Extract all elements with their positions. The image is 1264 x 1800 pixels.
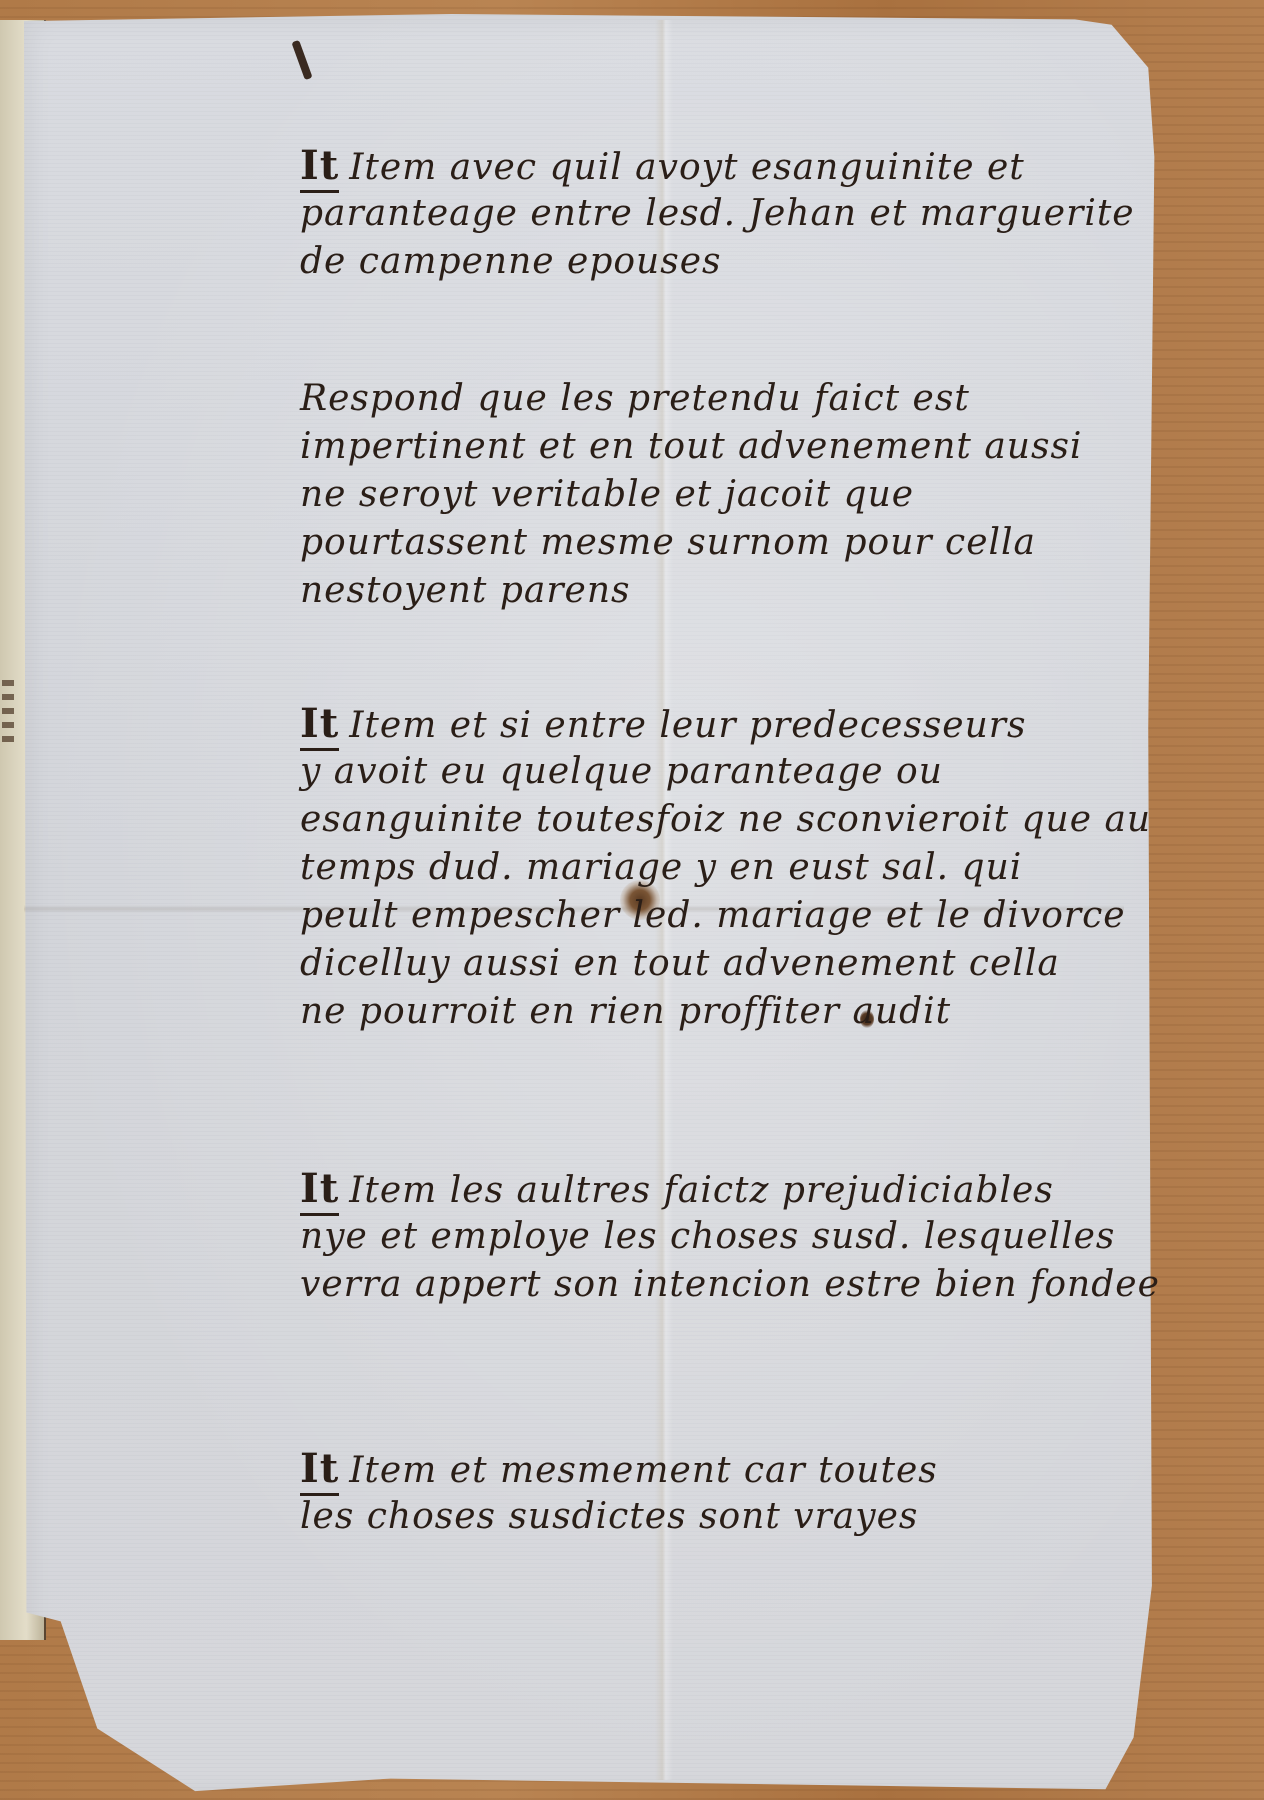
manuscript-line: paranteage entre lesd. Jehan et margueri… bbox=[300, 190, 1220, 238]
item-marker: It bbox=[300, 700, 339, 751]
paragraph-respond: Respond que les pretendu faict est imper… bbox=[300, 375, 1220, 615]
manuscript-line: dicelluy aussi en tout advenement cella bbox=[300, 940, 1220, 988]
manuscript-line: les choses susdictes sont vrayes bbox=[300, 1493, 1220, 1541]
item-marker: It bbox=[300, 1445, 339, 1496]
manuscript-line: de campenne epouses bbox=[300, 238, 1220, 286]
manuscript-line: temps dud. mariage y en eust sal. qui bbox=[300, 844, 1220, 892]
item-marker: It bbox=[300, 142, 339, 193]
manuscript-line: nye et employe les choses susd. lesquell… bbox=[300, 1213, 1220, 1261]
manuscript-line: ItItem et si entre leur predecesseurs bbox=[300, 700, 1220, 748]
manuscript-line: ItItem avec quil avoyt esanguinite et bbox=[300, 142, 1220, 190]
underlying-page-ink-marks bbox=[2, 680, 14, 750]
manuscript-line: peult empescher led. mariage et le divor… bbox=[300, 892, 1220, 940]
manuscript-line: pourtassent mesme surnom pour cella bbox=[300, 519, 1220, 567]
paragraph-item-3: ItItem les aultres faictz prejudiciables… bbox=[300, 1165, 1220, 1309]
paragraph-item-1: ItItem avec quil avoyt esanguinite et pa… bbox=[300, 142, 1220, 286]
paragraph-item-2: ItItem et si entre leur predecesseurs y … bbox=[300, 700, 1220, 1036]
manuscript-line: esanguinite toutesfoiz ne sconvieroit qu… bbox=[300, 796, 1220, 844]
manuscript-line: impertinent et en tout advenement aussi bbox=[300, 423, 1220, 471]
paragraph-item-4: ItItem et mesmement car toutes les chose… bbox=[300, 1445, 1220, 1541]
manuscript-line: y avoit eu quelque paranteage ou bbox=[300, 748, 1220, 796]
manuscript-line: ItItem les aultres faictz prejudiciables bbox=[300, 1165, 1220, 1213]
manuscript-line: ne pourroit en rien proffiter audit bbox=[300, 988, 1220, 1036]
manuscript-line: ItItem et mesmement car toutes bbox=[300, 1445, 1220, 1493]
manuscript-line: Respond que les pretendu faict est bbox=[300, 375, 1220, 423]
item-marker: It bbox=[300, 1165, 339, 1216]
manuscript-line: ne seroyt veritable et jacoit que bbox=[300, 471, 1220, 519]
manuscript-line: nestoyent parens bbox=[300, 567, 1220, 615]
manuscript-line: verra appert son intencion estre bien fo… bbox=[300, 1261, 1220, 1309]
